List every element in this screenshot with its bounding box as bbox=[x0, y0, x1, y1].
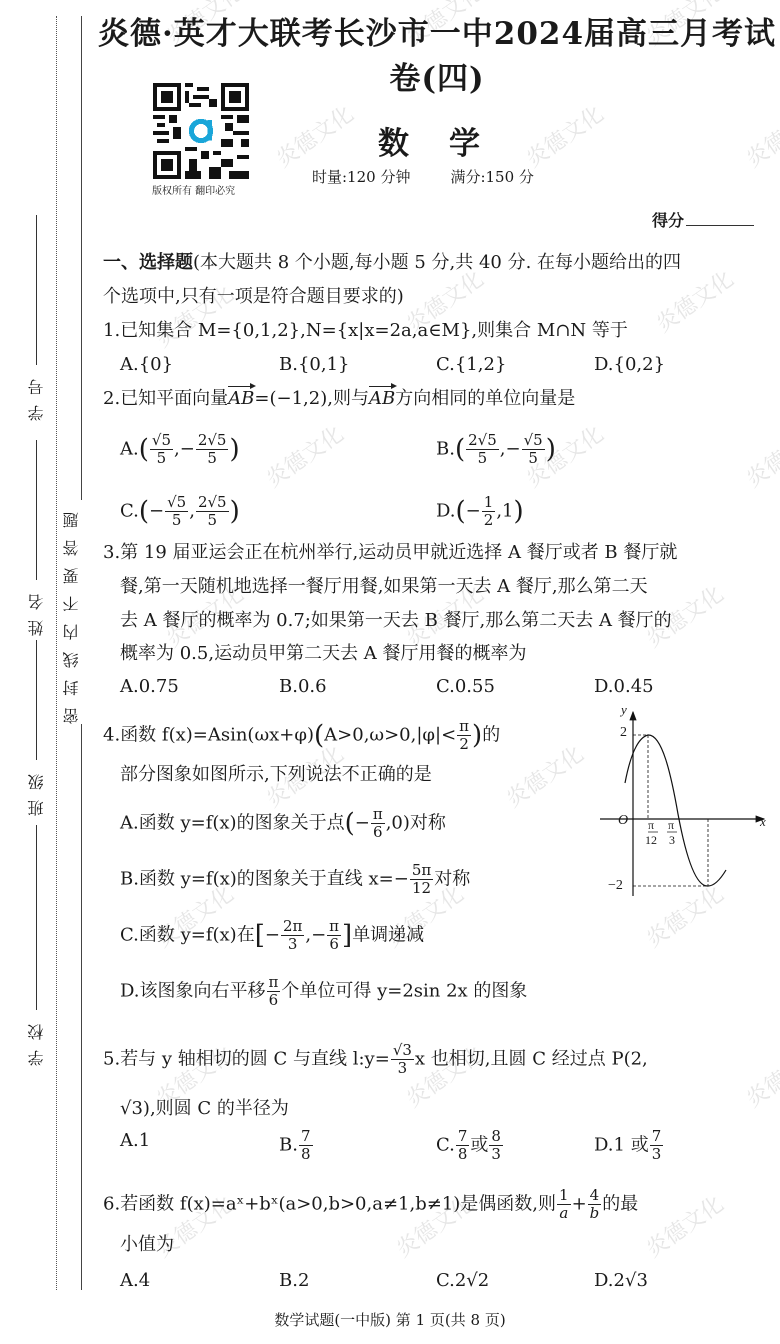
student-id-field[interactable]: 学号 bbox=[22, 215, 50, 425]
option-text: 函数 y=f(x)的图象关于点 bbox=[139, 813, 345, 834]
q5-option-c[interactable]: C.78或83 bbox=[436, 1128, 504, 1163]
name-label: 姓名 bbox=[25, 580, 48, 640]
option-text: 或 bbox=[470, 1135, 488, 1156]
class-blank[interactable] bbox=[36, 640, 37, 760]
question-stem: 若与 y 轴相切的圆 C 与直线 l:y= bbox=[120, 1049, 390, 1070]
fraction: π6 bbox=[267, 974, 281, 1009]
q4-option-b[interactable]: B.函数 y=f(x)的图象关于直线 x=−5π12对称 bbox=[120, 862, 470, 897]
fraction: √33 bbox=[391, 1042, 414, 1077]
question-6: 6.若函数 f(x)=aˣ+bˣ(a>0,b>0,a≠1,b≠1)是偶函数,则1… bbox=[103, 1187, 638, 1222]
option-label: B. bbox=[279, 1135, 298, 1156]
option-text: {1,2} bbox=[455, 354, 507, 375]
question-number: 2. bbox=[103, 388, 120, 409]
question-stem: 已知平面向量 bbox=[120, 388, 228, 409]
fraction: 12 bbox=[482, 494, 496, 529]
question-stem: 的 bbox=[482, 725, 500, 746]
q4-option-d[interactable]: D.该图象向右平移π6个单位可得 y=2sin 2x 的图象 bbox=[120, 974, 527, 1009]
option-label: C. bbox=[120, 501, 139, 522]
option-text: 2√2 bbox=[455, 1270, 489, 1291]
fraction: 2π3 bbox=[281, 918, 304, 953]
option-label: A. bbox=[120, 1270, 139, 1291]
fraction: √55 bbox=[165, 494, 188, 529]
option-text: 0.6 bbox=[298, 676, 327, 697]
option-text: 2√3 bbox=[614, 1270, 648, 1291]
x-tick-pi-3-num: π bbox=[668, 818, 674, 833]
option-label: D. bbox=[594, 1135, 614, 1156]
question-stem: 函数 f(x)=Asin(ωx+φ) bbox=[120, 725, 314, 746]
q4-option-a[interactable]: A.函数 y=f(x)的图象关于点(−π6,0)对称 bbox=[120, 806, 446, 841]
option-text: 0.45 bbox=[614, 676, 654, 697]
section-instructions-line2: 个选项中,只有一项是符合题目要求的) bbox=[103, 284, 404, 310]
question-3-line4: 概率为 0.5,运动员甲第二天去 A 餐厅用餐的概率为 bbox=[120, 641, 527, 667]
score-blank[interactable] bbox=[686, 225, 754, 226]
option-label: C. bbox=[436, 676, 455, 697]
watermark: 炎德文化 bbox=[499, 738, 589, 814]
fraction: 1a bbox=[557, 1187, 571, 1222]
option-label: A. bbox=[120, 813, 139, 834]
x-tick-pi-12-den: 12 bbox=[645, 833, 657, 848]
question-stem: 方向相同的单位向量是 bbox=[395, 388, 575, 409]
option-label: A. bbox=[120, 676, 139, 697]
y-axis-label: y bbox=[621, 702, 627, 718]
q5-option-b[interactable]: B.78 bbox=[279, 1128, 314, 1163]
vector-ab: AB bbox=[369, 386, 395, 412]
q3-option-d[interactable]: D.0.45 bbox=[594, 674, 654, 700]
q4-option-c[interactable]: C.函数 y=f(x)在[−2π3,−π6]单调递减 bbox=[120, 918, 424, 953]
option-text: ,0)对称 bbox=[386, 813, 446, 834]
question-stem: 的最 bbox=[602, 1194, 638, 1215]
q6-option-c[interactable]: C.2√2 bbox=[436, 1268, 489, 1294]
option-text: 1 bbox=[139, 1130, 150, 1151]
question-3-line2: 餐,第一天随机地选择一餐厅用餐,如果第一天去 A 餐厅,那么第二天 bbox=[120, 574, 648, 600]
question-5: 5.若与 y 轴相切的圆 C 与直线 l:y=√33x 也相切,且圆 C 经过点… bbox=[103, 1042, 648, 1077]
option-label: A. bbox=[120, 1130, 139, 1151]
vector-ab: AB bbox=[228, 386, 254, 412]
seal-warning: 密封线内不要答题 bbox=[60, 500, 82, 724]
q1-option-a[interactable]: A.{0} bbox=[120, 352, 173, 378]
page-footer: 数学试题(一中版) 第 1 页(共 8 页) bbox=[0, 1309, 780, 1330]
question-4: 4.函数 f(x)=Asin(ωx+φ)(A>0,ω>0,|φ|<π2)的 bbox=[103, 718, 500, 753]
qr-caption: 版权所有 翻印必究 bbox=[152, 182, 235, 197]
school-label: 学校 bbox=[25, 1010, 48, 1070]
option-label: C. bbox=[120, 925, 139, 946]
option-label: C. bbox=[436, 1135, 455, 1156]
option-text: 0.55 bbox=[455, 676, 495, 697]
question-6-line2: 小值为 bbox=[120, 1232, 174, 1258]
option-label: B. bbox=[279, 1270, 298, 1291]
question-stem: =(−1,2),则与 bbox=[254, 388, 369, 409]
fraction: π6 bbox=[327, 918, 341, 953]
option-label: B. bbox=[279, 354, 298, 375]
section-heading: 一、选择题 bbox=[103, 252, 193, 273]
watermark: 炎德文化 bbox=[639, 1188, 729, 1264]
q5-option-d[interactable]: D.1 或73 bbox=[594, 1128, 664, 1163]
question-1: 1.已知集合 M={0,1,2},N={x|x=2a,a∈M},则集合 M∩N … bbox=[103, 318, 628, 344]
question-stem: 已知集合 M={0,1,2},N={x|x=2a,a∈M},则集合 M∩N 等于 bbox=[120, 320, 628, 341]
fraction: 2√55 bbox=[196, 432, 229, 467]
question-number: 3. bbox=[103, 542, 120, 563]
exam-meta: 时量:120 分钟满分:150 分 bbox=[312, 166, 534, 187]
option-text: 单调递减 bbox=[352, 925, 424, 946]
x-tick-pi-12-num: π bbox=[648, 818, 654, 833]
option-label: D. bbox=[120, 981, 140, 1002]
option-text: {0,1} bbox=[298, 354, 350, 375]
option-text: 1 或 bbox=[614, 1135, 649, 1156]
school-field[interactable]: 学校 bbox=[22, 825, 50, 1070]
full-score: 满分:150 分 bbox=[450, 168, 533, 186]
q1-option-d[interactable]: D.{0,2} bbox=[594, 352, 665, 378]
y-max-label: 2 bbox=[620, 725, 627, 741]
q2-option-b[interactable]: B.(2√55,−√55) bbox=[436, 432, 556, 467]
q2-option-d[interactable]: D.(−12,1) bbox=[436, 494, 524, 529]
fraction: 73 bbox=[650, 1128, 664, 1163]
fraction: √55 bbox=[150, 432, 173, 467]
fraction: 78 bbox=[299, 1128, 313, 1163]
seal-dotted-line bbox=[56, 16, 57, 1290]
y-min-label: −2 bbox=[608, 878, 623, 894]
fraction: √55 bbox=[522, 432, 545, 467]
question-2: 2.已知平面向量AB=(−1,2),则与AB方向相同的单位向量是 bbox=[103, 386, 575, 412]
option-text: 4 bbox=[139, 1270, 150, 1291]
question-stem: x 也相切,且圆 C 经过点 P(2, bbox=[415, 1049, 648, 1070]
question-number: 6. bbox=[103, 1194, 120, 1215]
class-field[interactable]: 班级 bbox=[22, 640, 50, 820]
option-label: A. bbox=[120, 439, 139, 460]
q4-function-graph: y x O 2 −2 π 12 π 3 bbox=[596, 702, 776, 898]
q1-option-b[interactable]: B.{0,1} bbox=[279, 352, 349, 378]
option-text: {0} bbox=[139, 354, 173, 375]
fraction: 2√55 bbox=[466, 432, 499, 467]
student-id-blank[interactable] bbox=[36, 215, 37, 365]
fraction: 83 bbox=[489, 1128, 503, 1163]
name-field[interactable]: 姓名 bbox=[22, 440, 50, 640]
option-label: B. bbox=[279, 676, 298, 697]
option-text: {0,2} bbox=[614, 354, 666, 375]
option-label: C. bbox=[436, 1270, 455, 1291]
option-label: A. bbox=[120, 354, 139, 375]
fraction: 4b bbox=[588, 1187, 602, 1222]
watermark: 炎德文化 bbox=[269, 98, 359, 174]
option-label: D. bbox=[594, 354, 614, 375]
option-label: B. bbox=[436, 439, 455, 460]
option-text: 该图象向右平移 bbox=[140, 981, 266, 1002]
q3-option-a[interactable]: A.0.75 bbox=[120, 674, 179, 700]
fraction: π6 bbox=[371, 806, 385, 841]
question-stem: A>0,ω>0,|φ|< bbox=[324, 725, 456, 746]
subject-title: 数学 bbox=[378, 118, 520, 163]
option-text: 个单位可得 y=2sin 2x 的图象 bbox=[281, 981, 527, 1002]
fraction: π2 bbox=[457, 718, 471, 753]
option-label: C. bbox=[436, 354, 455, 375]
watermark: 炎德文化 bbox=[739, 418, 780, 494]
watermark: 炎德文化 bbox=[259, 418, 349, 494]
option-label: D. bbox=[436, 501, 456, 522]
name-blank[interactable] bbox=[36, 440, 37, 580]
class-label: 班级 bbox=[25, 760, 48, 820]
question-stem: 若函数 f(x)=aˣ+bˣ(a>0,b>0,a≠1,b≠1)是偶函数,则 bbox=[120, 1194, 556, 1215]
option-text: 0.75 bbox=[139, 676, 179, 697]
question-5-line2: √3),则圆 C 的半径为 bbox=[120, 1096, 289, 1122]
score-label: 得分 bbox=[652, 211, 684, 230]
q6-option-a[interactable]: A.4 bbox=[120, 1268, 150, 1294]
q3-option-c[interactable]: C.0.55 bbox=[436, 674, 495, 700]
school-blank[interactable] bbox=[36, 825, 37, 1010]
question-4-line2: 部分图象如图所示,下列说法不正确的是 bbox=[120, 762, 432, 788]
option-text: 2 bbox=[298, 1270, 309, 1291]
question-number: 1. bbox=[103, 320, 120, 341]
origin-label: O bbox=[618, 813, 628, 829]
qr-code bbox=[153, 83, 249, 179]
option-label: D. bbox=[594, 1270, 614, 1291]
question-stem: 第 19 届亚运会正在杭州举行,运动员甲就近选择 A 餐厅或者 B 餐厅就 bbox=[120, 542, 677, 563]
section-instructions: 一、选择题(本大题共 8 个小题,每小题 5 分,共 40 分. 在每小题给出的… bbox=[103, 250, 681, 276]
x-axis-label: x bbox=[760, 814, 766, 830]
q5-option-a[interactable]: A.1 bbox=[120, 1128, 150, 1154]
section-instructions-line1: (本大题共 8 个小题,每小题 5 分,共 40 分. 在每小题给出的四 bbox=[193, 252, 681, 273]
option-label: B. bbox=[120, 869, 139, 890]
question-3: 3.第 19 届亚运会正在杭州举行,运动员甲就近选择 A 餐厅或者 B 餐厅就 bbox=[103, 540, 677, 566]
q2-option-a[interactable]: A.(√55,−2√55) bbox=[120, 432, 240, 467]
student-id-label: 学号 bbox=[25, 365, 48, 425]
q3-option-b[interactable]: B.0.6 bbox=[279, 674, 327, 700]
q2-option-c[interactable]: C.(−√55,2√55) bbox=[120, 494, 240, 529]
fraction: 5π12 bbox=[410, 862, 433, 897]
fraction: 2√55 bbox=[196, 494, 229, 529]
watermark: 炎德文化 bbox=[519, 98, 609, 174]
watermark: 炎德文化 bbox=[739, 98, 780, 174]
option-text: 对称 bbox=[434, 869, 470, 890]
x-tick-pi-3-den: 3 bbox=[669, 833, 675, 848]
option-text: 函数 y=f(x)在 bbox=[139, 925, 255, 946]
q1-option-c[interactable]: C.{1,2} bbox=[436, 352, 506, 378]
question-number: 4. bbox=[103, 725, 120, 746]
option-text: 函数 y=f(x)的图象关于直线 x=− bbox=[139, 869, 409, 890]
option-label: D. bbox=[594, 676, 614, 697]
score-field[interactable]: 得分 bbox=[652, 208, 754, 231]
q6-option-d[interactable]: D.2√3 bbox=[594, 1268, 648, 1294]
watermark: 炎德文化 bbox=[739, 1038, 780, 1114]
time-limit: 时量:120 分钟 bbox=[312, 168, 410, 186]
question-3-line3: 去 A 餐厅的概率为 0.7;如果第一天去 B 餐厅,那么第二天去 A 餐厅的 bbox=[120, 608, 672, 634]
question-number: 5. bbox=[103, 1049, 120, 1070]
fraction: 78 bbox=[456, 1128, 470, 1163]
q6-option-b[interactable]: B.2 bbox=[279, 1268, 309, 1294]
